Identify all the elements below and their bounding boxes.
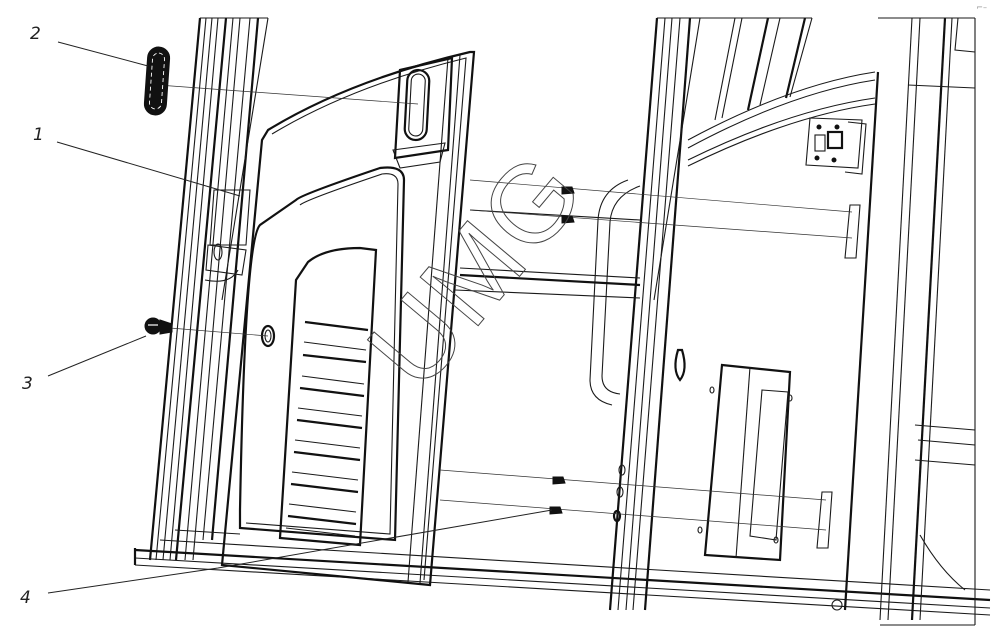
callout-3: 3 — [22, 376, 33, 393]
middle-pillar — [610, 18, 722, 610]
vent-louvers — [286, 322, 368, 536]
callout-1: 1 — [33, 127, 44, 144]
callout-2: 2 — [30, 26, 41, 43]
bottom-sill — [135, 530, 990, 615]
svg-text:UMG: UMG — [344, 130, 607, 410]
callout-4: 4 — [20, 590, 31, 607]
left-pillar — [150, 18, 268, 560]
window-frame — [688, 18, 875, 166]
right-frame — [878, 18, 975, 625]
watermark: UMG — [344, 130, 607, 410]
corner-mark: ⌐– — [976, 3, 987, 12]
part-2-handle-grip — [144, 46, 171, 115]
exploded-view-drawing: UMG — [0, 0, 993, 635]
part-3-clip — [145, 318, 172, 334]
rear-panel — [590, 72, 878, 610]
